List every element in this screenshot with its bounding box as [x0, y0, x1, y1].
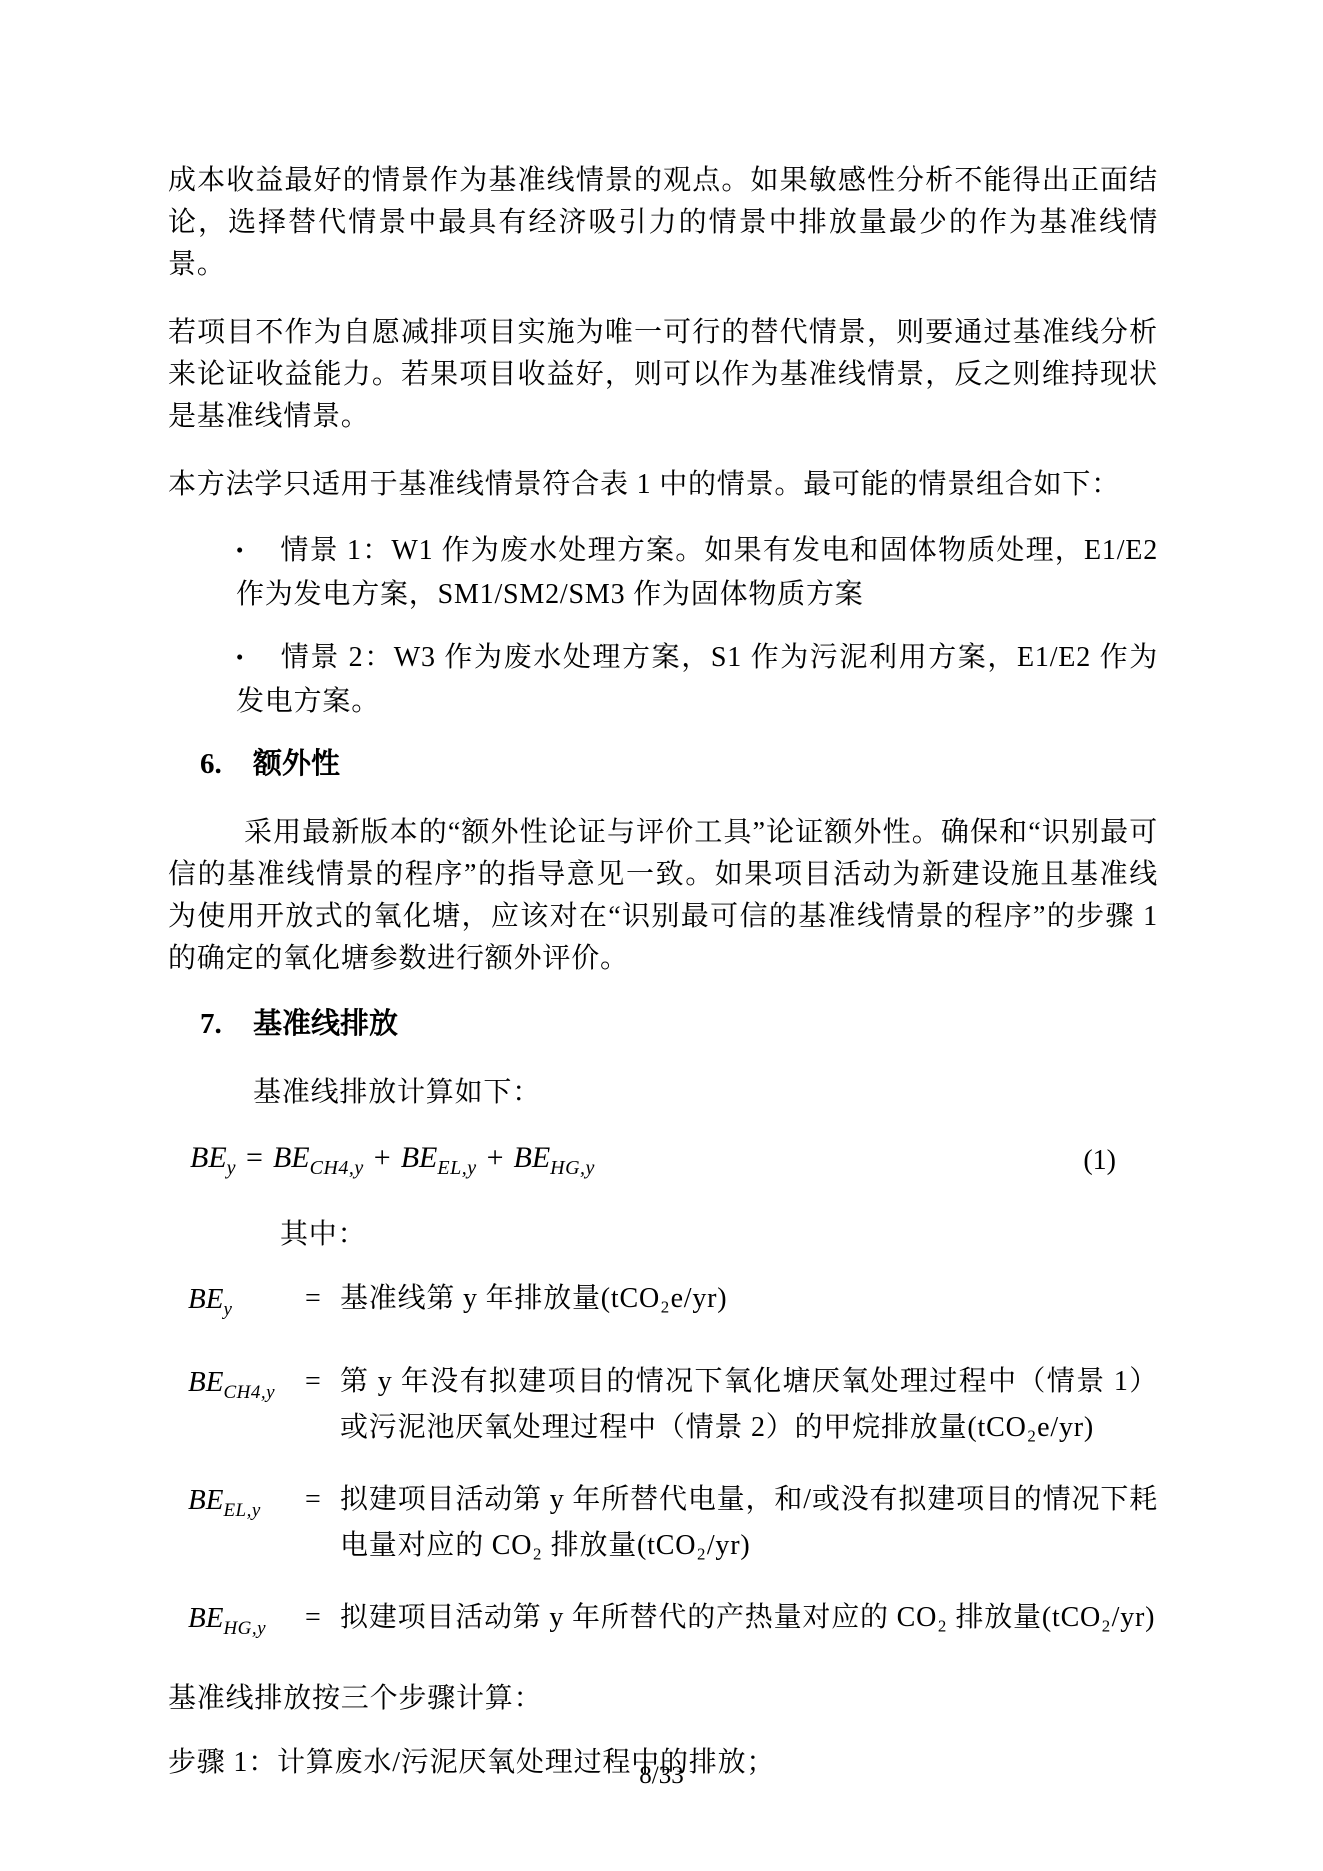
section-number: 7.	[200, 1002, 253, 1046]
definition-row-bey: BEy = 基准线第 y 年排放量(tCO₂e/yr)	[168, 1276, 1158, 1333]
paragraph-methodology-scope: 本方法学只适用于基准线情景符合表 1 中的情景。最可能的情景组合如下：	[168, 464, 1158, 506]
equation-number: (1)	[1083, 1134, 1116, 1185]
definition-equals: =	[305, 1595, 340, 1652]
definition-equals: =	[305, 1359, 340, 1451]
paragraph-additionality-body: 采用最新版本的“额外性论证与评价工具”论证额外性。确保和“识别最可信的基准线情景…	[168, 812, 1158, 980]
equals-sign: =	[236, 1141, 273, 1174]
equation-body: BEy=BECH4,y+BEEL,y+BEHG,y	[190, 1134, 595, 1192]
definition-symbol: BEHG,y	[188, 1595, 305, 1652]
section-heading-baseline-emissions: 7.基准线排放	[168, 1002, 1158, 1046]
bullet-item-scenario-2: •情景 2：W3 作为废水处理方案，S1 作为污泥利用方案，E1/E2 作为发电…	[236, 635, 1158, 724]
bullet-list: •情景 1：W1 作为废水处理方案。如果有发电和固体物质处理，E1/E2 作为发…	[168, 528, 1158, 724]
definition-symbol: BEy	[188, 1276, 305, 1333]
definition-text: 基准线第 y 年排放量(tCO₂e/yr)	[340, 1276, 1158, 1333]
bullet-text: 情景 2：W3 作为废水处理方案，S1 作为污泥利用方案，E1/E2 作为发电方…	[236, 642, 1158, 717]
paragraph-baseline-scenario-view: 成本收益最好的情景作为基准线情景的观点。如果敏感性分析不能得出正面结论，选择替代…	[168, 160, 1158, 286]
bullet-item-scenario-1: •情景 1：W1 作为废水处理方案。如果有发电和固体物质处理，E1/E2 作为发…	[236, 528, 1158, 617]
equation-term: BEHG,y	[514, 1141, 595, 1174]
paragraph-calc-intro: 基准线排放计算如下：	[168, 1072, 1158, 1114]
document-page: 成本收益最好的情景作为基准线情景的观点。如果敏感性分析不能得出正面结论，选择替代…	[0, 0, 1323, 1871]
definition-equals: =	[305, 1276, 340, 1333]
page-content: 成本收益最好的情景作为基准线情景的观点。如果敏感性分析不能得出正面结论，选择替代…	[168, 0, 1158, 1810]
definition-text: 第 y 年没有拟建项目的情况下氧化塘厌氧处理过程中（情景 1）或污泥池厌氧处理过…	[340, 1359, 1158, 1451]
bullet-icon: •	[236, 635, 280, 679]
equation-term: BECH4,y	[273, 1141, 364, 1174]
section-title: 额外性	[253, 748, 340, 780]
equation-term: BEy	[190, 1141, 236, 1174]
paragraph-steps-intro: 基准线排放按三个步骤计算：	[168, 1678, 1158, 1720]
section-number: 6.	[200, 742, 253, 786]
paragraph-where: 其中：	[168, 1214, 1158, 1256]
definition-row-behgy: BEHG,y = 拟建项目活动第 y 年所替代的产热量对应的 CO₂ 排放量(t…	[168, 1595, 1158, 1652]
definition-text: 拟建项目活动第 y 年所替代的产热量对应的 CO₂ 排放量(tCO₂/yr)	[340, 1595, 1158, 1652]
equation-term: BEEL,y	[401, 1141, 477, 1174]
paragraph-voluntary-reduction: 若项目不作为自愿减排项目实施为唯一可行的替代情景，则要通过基准线分析来论证收益能…	[168, 312, 1158, 438]
plus-sign: +	[364, 1141, 401, 1174]
plus-sign: +	[477, 1141, 514, 1174]
page-number-footer: 8/33	[0, 1762, 1323, 1790]
definition-row-beely: BEEL,y = 拟建项目活动第 y 年所替代电量，和/或没有拟建项目的情况下耗…	[168, 1477, 1158, 1569]
definition-equals: =	[305, 1477, 340, 1569]
definition-text: 拟建项目活动第 y 年所替代电量，和/或没有拟建项目的情况下耗电量对应的 CO₂…	[340, 1477, 1158, 1569]
definition-symbol: BEEL,y	[188, 1477, 305, 1569]
definition-row-bech4y: BECH4,y = 第 y 年没有拟建项目的情况下氧化塘厌氧处理过程中（情景 1…	[168, 1359, 1158, 1451]
section-title: 基准线排放	[253, 1008, 398, 1040]
bullet-text: 情景 1：W1 作为废水处理方案。如果有发电和固体物质处理，E1/E2 作为发电…	[236, 535, 1158, 610]
definition-symbol: BECH4,y	[188, 1359, 305, 1451]
section-heading-additionality: 6.额外性	[168, 742, 1158, 786]
bullet-icon: •	[236, 528, 280, 572]
equation-1: BEy=BECH4,y+BEEL,y+BEHG,y (1)	[168, 1134, 1158, 1192]
definition-list: BEy = 基准线第 y 年排放量(tCO₂e/yr) BECH4,y = 第 …	[168, 1276, 1158, 1652]
